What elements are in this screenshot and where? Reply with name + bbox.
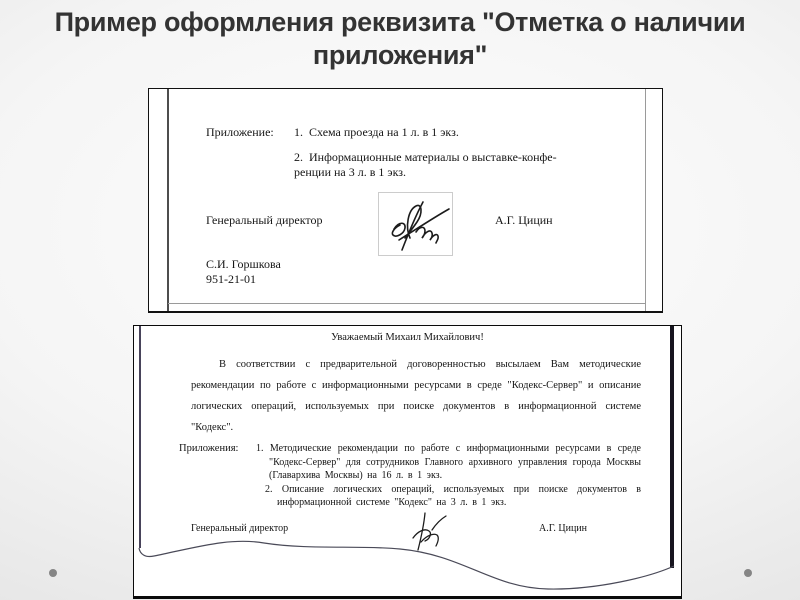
attachments-list: 1. Методические рекомендации по работе с…	[256, 442, 641, 510]
executor-name: С.И. Горшкова	[206, 257, 281, 272]
decor-dot-right	[744, 569, 752, 577]
page-edge-line-left	[167, 89, 169, 311]
letter-greeting: Уважаемый Михаил Михайлович!	[134, 331, 681, 345]
signer-name: А.Г. Цицин	[495, 213, 553, 228]
page-edge-line-left	[139, 326, 141, 548]
attachment-item-2: 2. Описание логических операций, использ…	[265, 483, 641, 510]
document-example-2: Уважаемый Михаил Михайлович! В соответст…	[133, 325, 682, 599]
signature-scribble-icon	[379, 193, 452, 255]
document-example-1: Приложение: 1. Схема проезда на 1 л. в 1…	[148, 88, 663, 313]
page-edge-line-right	[670, 326, 674, 568]
signer-title: Генеральный директор	[191, 522, 288, 536]
executor-block: С.И. Горшкова 951-21-01	[206, 257, 281, 287]
page-edge-line-bottom	[168, 303, 645, 304]
attachment-item-1: 1. Схема проезда на 1 л. в 1 экз.	[294, 125, 459, 140]
presentation-slide: Пример оформления реквизита "Отметка о н…	[0, 0, 800, 600]
signature-box	[378, 192, 453, 256]
signer-name: А.Г. Цицин	[539, 522, 587, 536]
attachment-label: Приложение:	[206, 125, 274, 140]
attachment-item-2: 2. Информационные материалы о выставке-к…	[294, 150, 646, 180]
letter-body: В соответствии с предварительной договор…	[191, 354, 641, 438]
decor-dot-left	[49, 569, 57, 577]
attachments-label: Приложения:	[179, 442, 238, 456]
signature-scribble-icon	[404, 508, 450, 554]
signer-title: Генеральный директор	[206, 213, 323, 228]
page-edge-line-right	[645, 89, 646, 311]
slide-title: Пример оформления реквизита "Отметка о н…	[30, 6, 770, 72]
executor-phone: 951-21-01	[206, 272, 281, 287]
attachment-item-1: 1. Методические рекомендации по работе с…	[256, 442, 641, 483]
